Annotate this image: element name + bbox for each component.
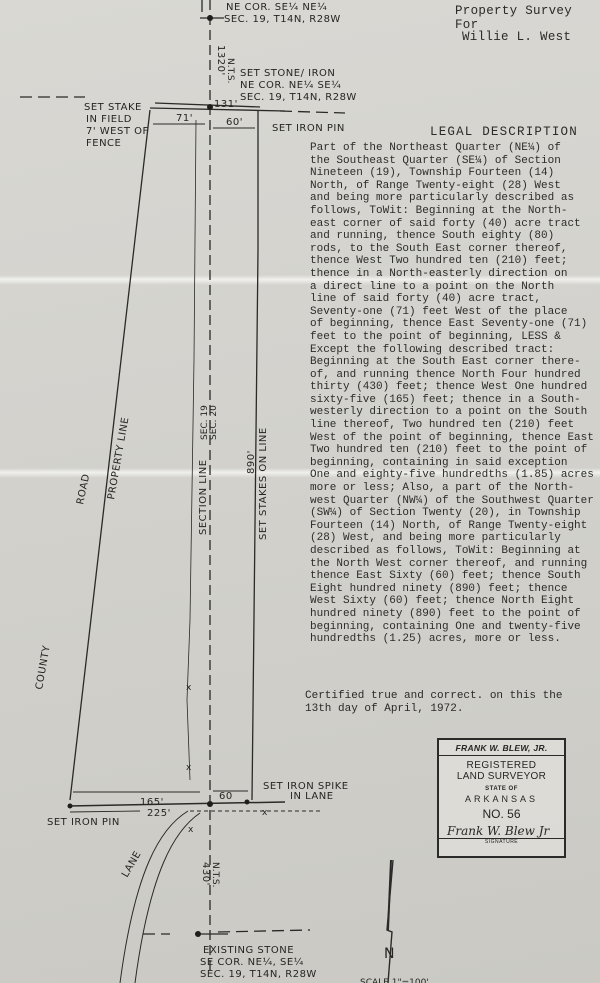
surveyor-name: FRANK W. BLEW, JR. (439, 740, 564, 756)
svg-text:x: x (186, 763, 192, 773)
in-field-label: IN FIELD (86, 114, 132, 125)
surveyor-seal: FRANK W. BLEW, JR. REGISTERED LAND SURVE… (437, 738, 566, 858)
client-name: Willie L. West (462, 30, 571, 44)
dim-60-bottom: 60 (219, 791, 233, 802)
svg-text:x: x (262, 808, 268, 818)
survey-title: Property Survey For (455, 4, 600, 32)
seal-state-of: STATE OF (439, 786, 564, 792)
road-label: ROAD (75, 473, 92, 506)
set-iron-pin-top-label: SET IRON PIN (272, 123, 345, 134)
nts-label: N.T.S. (225, 58, 235, 83)
dim-890: 890' (246, 450, 257, 474)
existing-sec-label: SEC. 19, T14N, R28W (200, 969, 317, 980)
section-line-label: SECTION LINE (198, 459, 209, 535)
survey-document: x x x x NE COR. SE¼ NE¼ SEC. 19, T14N, R… (0, 0, 600, 983)
fence-label: FENCE (86, 138, 121, 149)
dist-1320-label: 1320' (215, 45, 226, 76)
ne-corner-label: NE COR. SE¼ NE¼ (226, 1, 327, 13)
certification-line1: Certified true and correct. on this the (305, 690, 562, 702)
existing-cor-label: SE COR. NE¼, SE¼ (200, 956, 304, 968)
property-line (70, 110, 150, 800)
certification-date: 13th day of April, 1972. (305, 703, 463, 715)
west-of-label: 7' WEST OF (86, 126, 149, 137)
legal-description-text: Part of the Northeast Quarter (NE¼) of t… (310, 142, 600, 646)
seal-land-surveyor: LAND SURVEYOR (439, 771, 564, 782)
lane-label: LANE (120, 849, 144, 879)
set-stone-sec-label: SEC. 19, T14N, R28W (240, 92, 357, 103)
svg-text:x: x (188, 825, 194, 835)
svg-text:x: x (186, 683, 192, 693)
dim-60-top: 60' (226, 117, 243, 128)
ne-corner-sec-label: SEC. 19, T14N, R28W (224, 14, 341, 25)
dim-165: 165' (140, 797, 164, 808)
set-iron-pin-bottom-label: SET IRON PIN (47, 817, 120, 828)
in-lane-label: IN LANE (290, 791, 334, 802)
dim-131: 131' (214, 99, 238, 110)
dim-225: 225' (147, 808, 171, 819)
set-stakes-label: SET STAKES ON LINE (258, 427, 269, 540)
scale-label: SCALE 1"=100' (360, 978, 429, 983)
county-label: COUNTY (34, 644, 53, 690)
seal-registered: REGISTERED (439, 760, 564, 771)
legal-description-heading: LEGAL DESCRIPTION (430, 125, 578, 139)
set-stake-label: SET STAKE (84, 102, 142, 113)
sec-20-label: SEC. 20 (209, 405, 219, 440)
signature: Frank W. Blew Jr (439, 824, 564, 839)
certification: Certified true and correct. on this the … (305, 690, 562, 716)
set-stone-cor-label: NE COR. NE¼ SE¼ (240, 79, 341, 91)
dim-71: 71' (176, 113, 193, 124)
nts-bottom-label: N.T.S. (210, 862, 220, 887)
north-arrow-icon: N (384, 946, 395, 962)
dim-430: 430' (200, 862, 211, 886)
seal-state: ARKANSAS (439, 794, 564, 804)
existing-stone-label: EXISTING STONE (203, 945, 294, 956)
seal-number: NO. 56 (439, 807, 564, 821)
set-stone-label: SET STONE/ IRON (240, 68, 335, 79)
signature-label: SIGNATURE (439, 839, 564, 845)
